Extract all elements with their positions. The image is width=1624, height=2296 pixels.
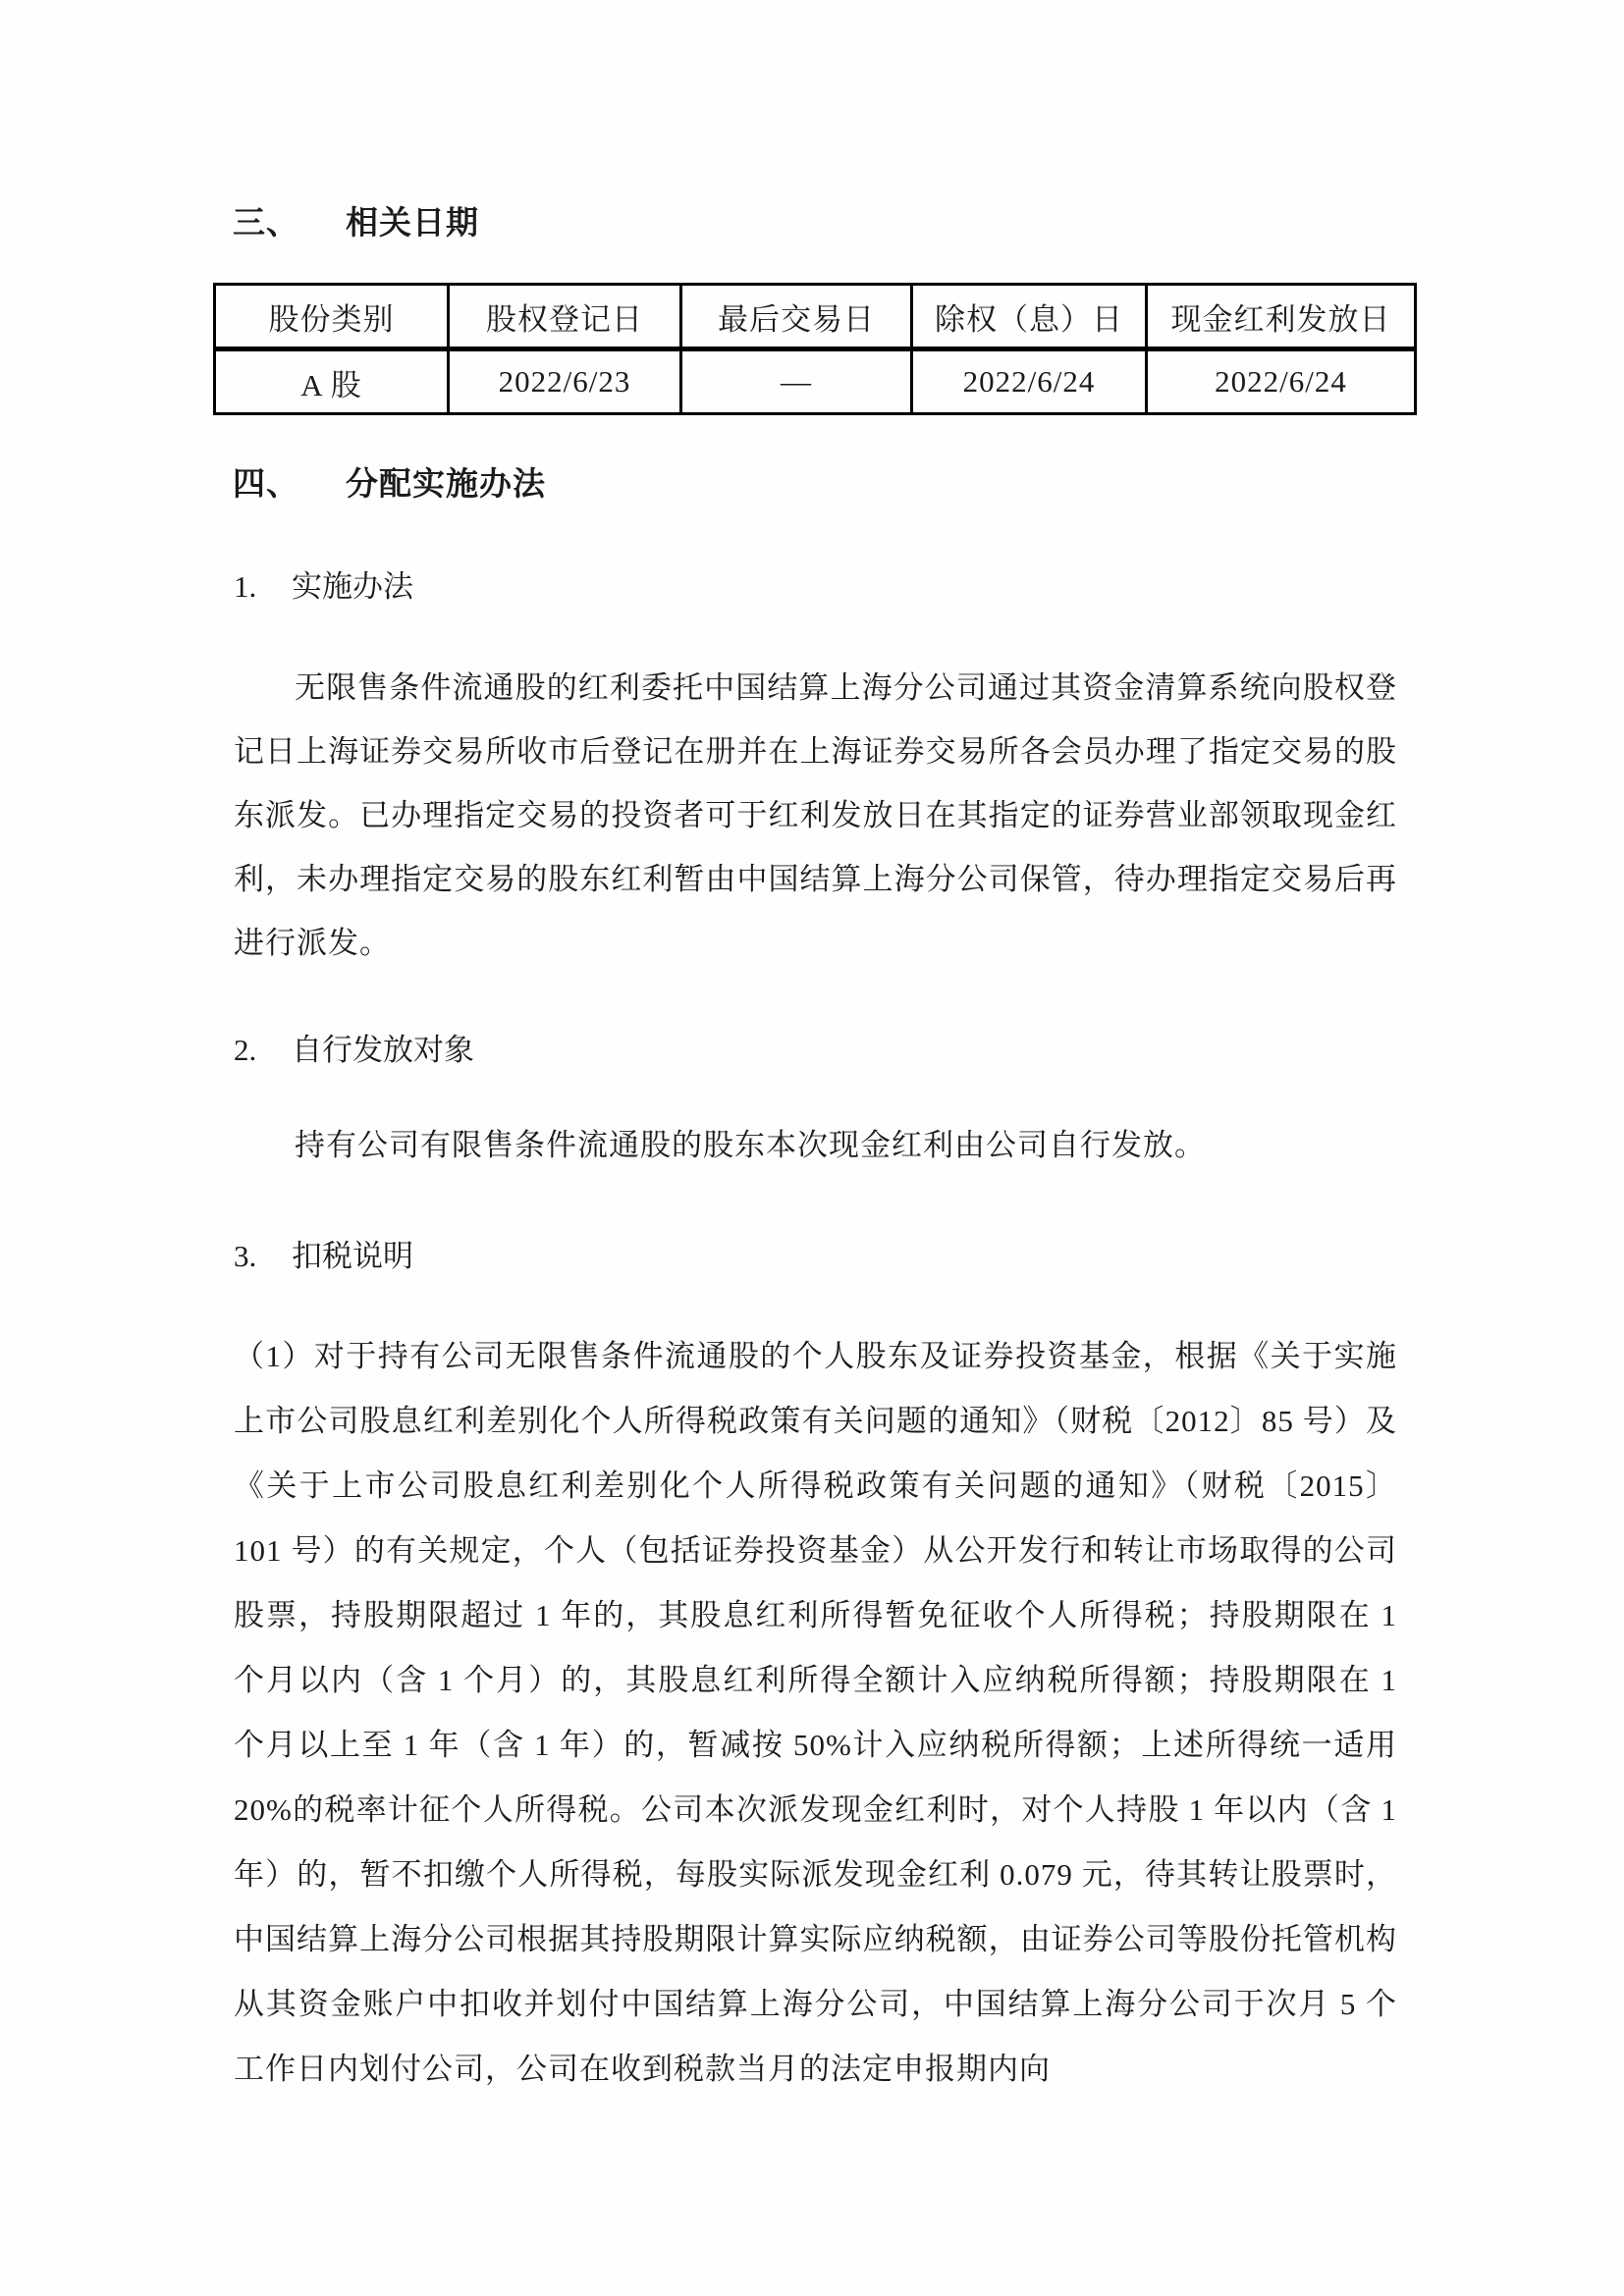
subsection-2-heading: 2.自行发放对象 [234, 1031, 474, 1070]
table-header-cell: 最后交易日 [681, 285, 912, 349]
subsection-1-heading: 1.实施办法 [234, 567, 413, 607]
subsection-number: 1. [234, 567, 292, 607]
subsection-title: 实施办法 [292, 569, 413, 604]
subsection-number: 2. [234, 1031, 292, 1070]
table-cell-payment-date: 2022/6/24 [1147, 349, 1416, 414]
table-cell-ex-dividend-date: 2022/6/24 [912, 349, 1147, 414]
subsection-3-heading: 3.扣税说明 [234, 1237, 413, 1276]
paragraph-implementation: 无限售条件流通股的红利委托中国结算上海分公司通过其资金清算系统向股权登记日上海证… [234, 656, 1397, 975]
section-title: 分配实施办法 [346, 465, 546, 502]
subsection-title: 自行发放对象 [292, 1033, 474, 1067]
section-heading-distribution-method: 四、分配实施办法 [233, 463, 546, 505]
table-cell-share-class: A 股 [215, 349, 449, 414]
table-header-cell: 股份类别 [215, 285, 449, 349]
table-cell-record-date: 2022/6/23 [449, 349, 681, 414]
table-header-cell: 除权（息）日 [912, 285, 1147, 349]
table-header-cell: 股权登记日 [449, 285, 681, 349]
section-number: 四、 [233, 463, 346, 505]
table-header-row: 股份类别 股权登记日 最后交易日 除权（息）日 现金红利发放日 [215, 285, 1416, 349]
table-cell-last-trading-date: — [681, 349, 912, 414]
subsection-title: 扣税说明 [292, 1239, 413, 1273]
dates-table: 股份类别 股权登记日 最后交易日 除权（息）日 现金红利发放日 A 股 2022… [213, 283, 1417, 415]
section-number: 三、 [233, 202, 346, 243]
section-title: 相关日期 [346, 204, 479, 240]
paragraph-tax-explanation: （1）对于持有公司无限售条件流通股的个人股东及证券投资基金，根据《关于实施上市公… [234, 1324, 1397, 2102]
table-header-cell: 现金红利发放日 [1147, 285, 1416, 349]
document-page: 三、相关日期 股份类别 股权登记日 最后交易日 除权（息）日 现金红利发放日 A… [0, 0, 1624, 2296]
subsection-number: 3. [234, 1237, 292, 1276]
paragraph-self-distribution: 持有公司有限售条件流通股的股东本次现金红利由公司自行发放。 [234, 1113, 1397, 1177]
table-row: A 股 2022/6/23 — 2022/6/24 2022/6/24 [215, 349, 1416, 414]
section-heading-related-dates: 三、相关日期 [233, 202, 479, 243]
